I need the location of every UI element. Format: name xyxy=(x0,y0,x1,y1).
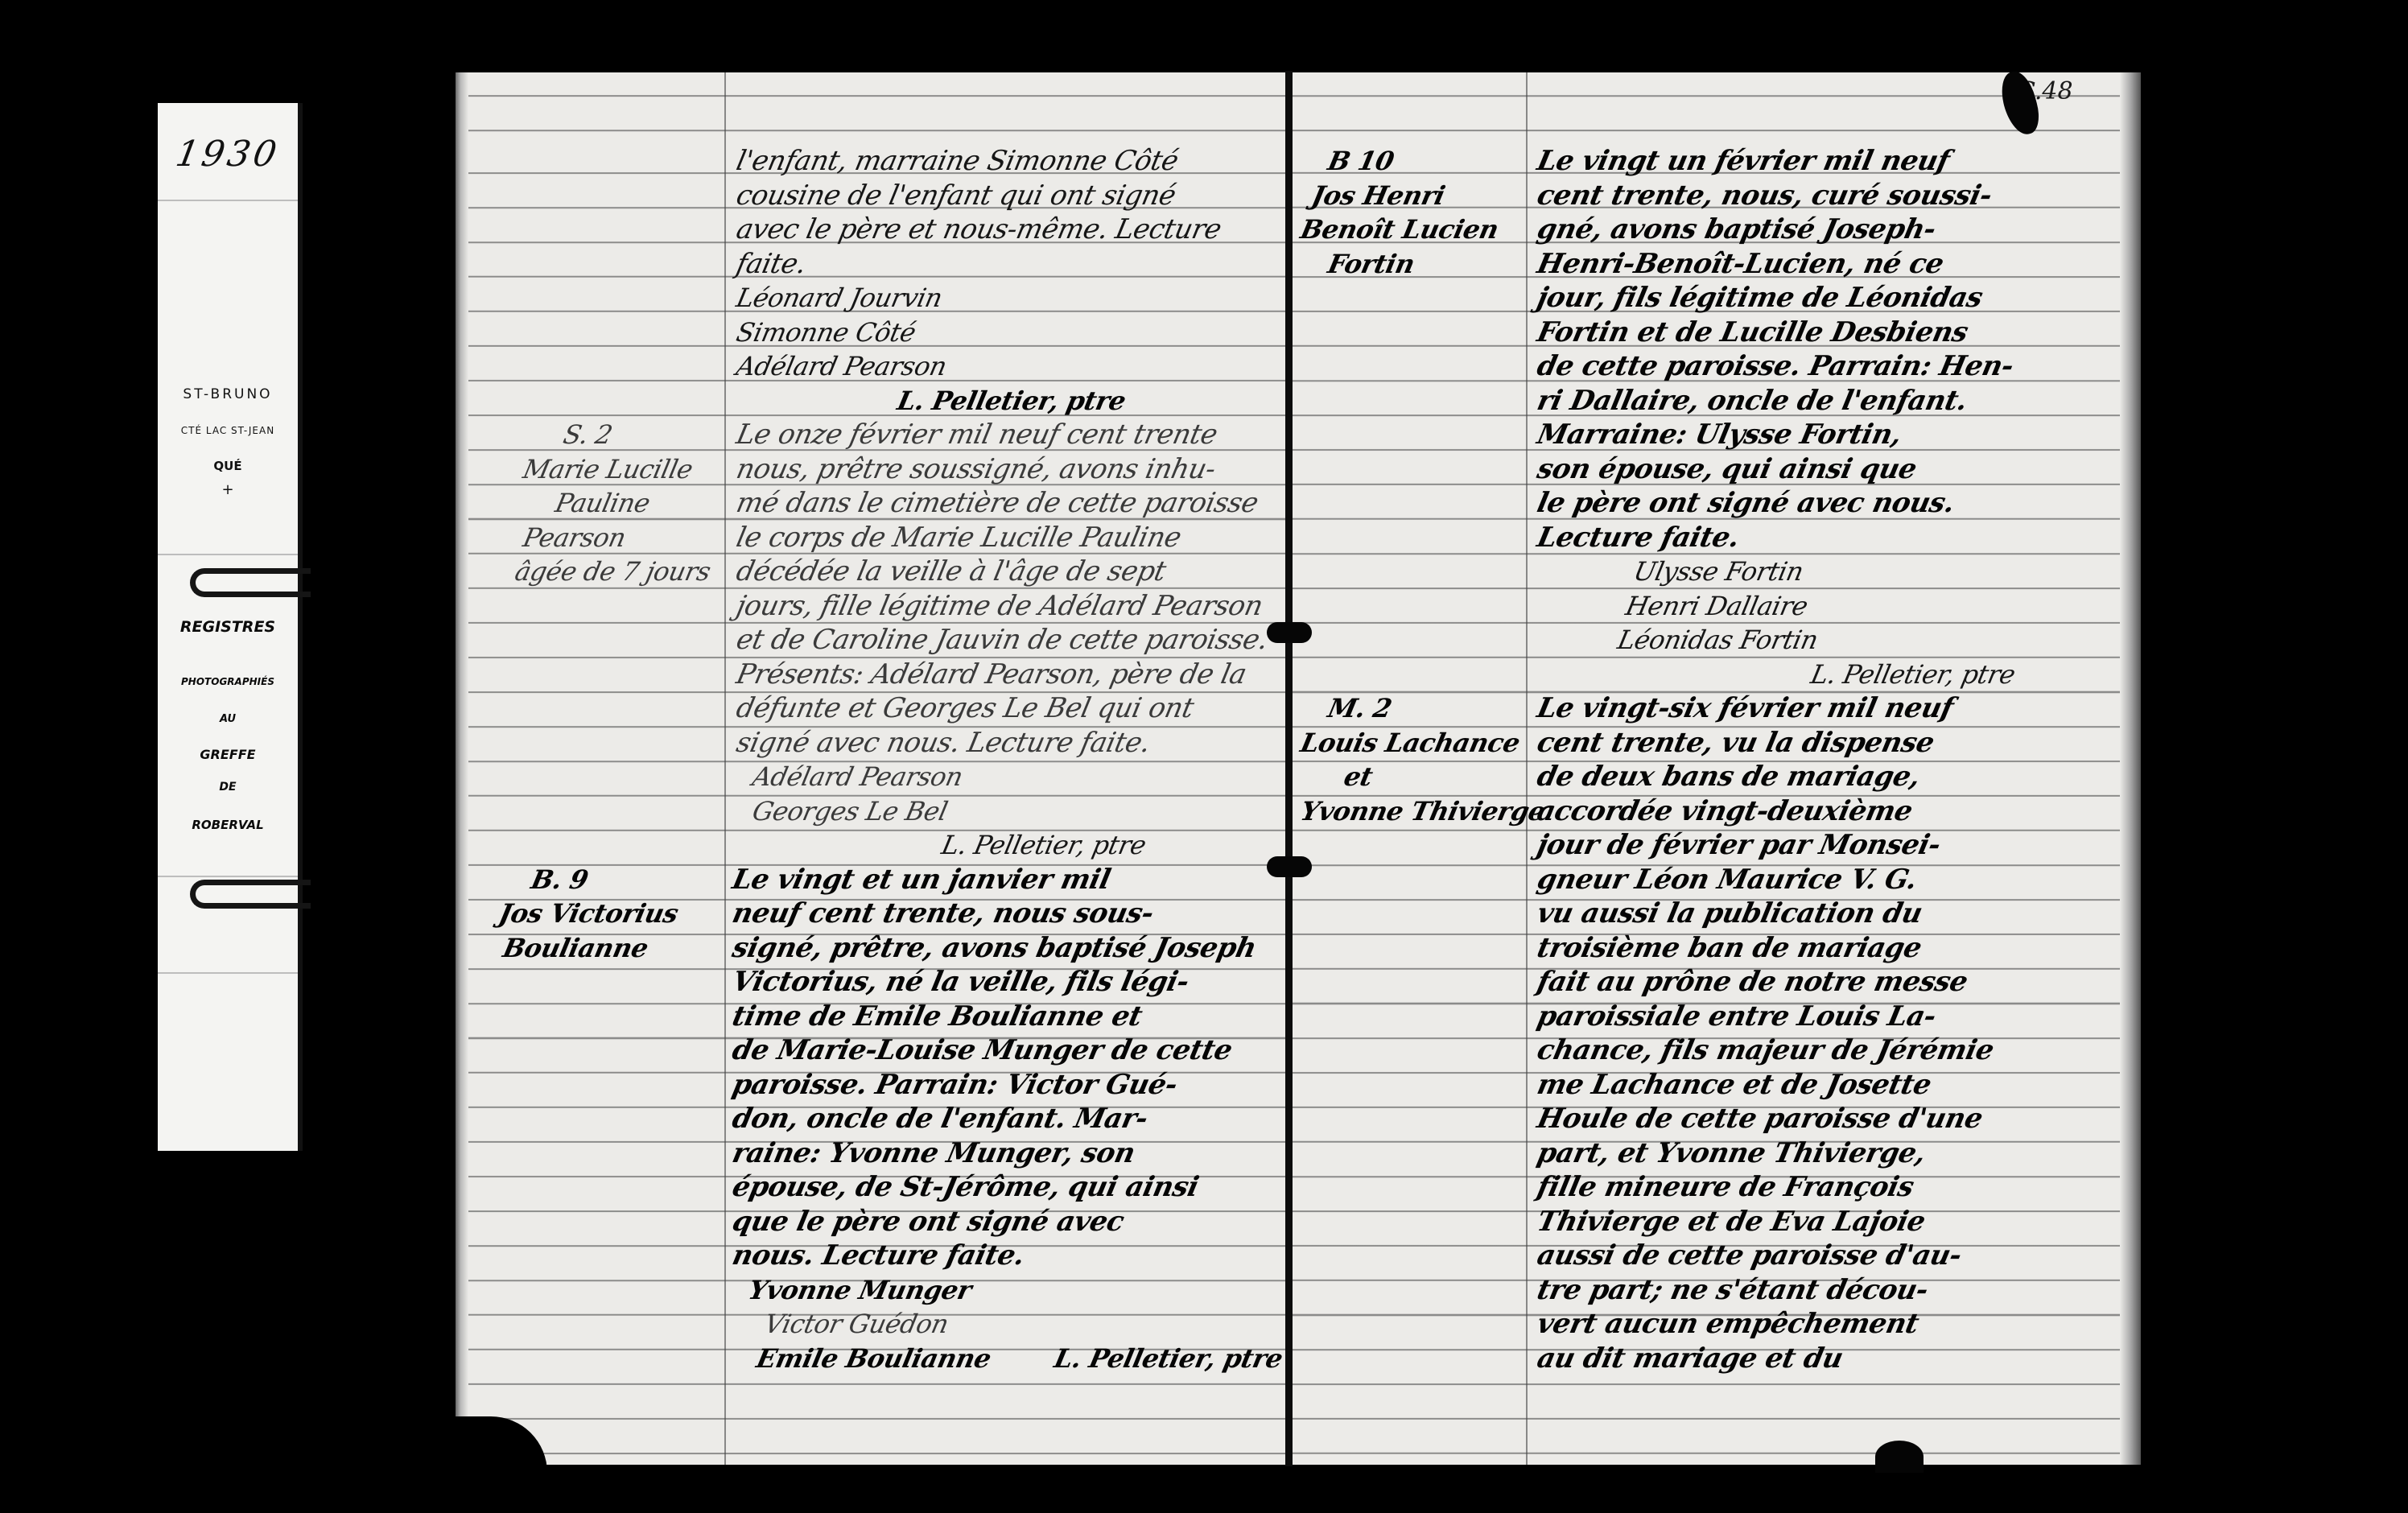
label-title-line: AU xyxy=(158,713,298,725)
record-text-line: Le vingt-six février mil neuf xyxy=(1534,691,1956,726)
record-text-line: décédée la veille à l'âge de sept xyxy=(733,554,1169,589)
record-text-line: Fortin et de Lucille Desbiens xyxy=(1534,315,1971,350)
record-text-line: chance, fils majeur de Jérémie xyxy=(1534,1033,1997,1068)
signature: Victor Guédon xyxy=(761,1307,951,1342)
signature: Simonne Côté xyxy=(733,315,919,350)
record-text-line: gneur Léon Maurice V. G. xyxy=(1534,863,1920,897)
entry-margin-note: S. 2 xyxy=(560,418,616,452)
record-text-line: Le onze février mil neuf cent trente xyxy=(733,418,1220,452)
record-text-line: signé, prêtre, avons baptisé Joseph xyxy=(729,931,1260,966)
signature: Georges Le Bel xyxy=(749,794,950,829)
record-text-line: de cette paroisse. Parrain: Hen- xyxy=(1534,349,2017,384)
record-text-line: Présents: Adélard Pearson, père de la xyxy=(733,658,1249,692)
entry-margin-note: B. 9 xyxy=(528,863,592,897)
priest-signature: L. Pelletier, ptre xyxy=(894,384,1129,418)
register-page-right: C.48 B 10Jos HenriBenoît LucienFortinLe … xyxy=(1293,72,2141,1465)
record-text-line: time de Emile Boulianne et xyxy=(729,1000,1145,1034)
signature: Léonard Jourvin xyxy=(733,281,946,315)
record-text-line: aussi de cette paroisse d'au- xyxy=(1534,1239,1965,1273)
record-text-line: tre part; ne s'étant décou- xyxy=(1534,1273,1931,1308)
record-text-line: fait au prône de notre messe xyxy=(1534,965,1971,1000)
entry-margin-note: M. 2 xyxy=(1325,691,1395,726)
binding-stitch xyxy=(1267,622,1312,643)
label-title-line: PHOTOGRAPHIÉS xyxy=(158,676,298,687)
record-text-line: signé avec nous. Lecture faite. xyxy=(733,726,1153,761)
label-title-line: DE xyxy=(158,781,298,794)
label-divider xyxy=(158,972,298,974)
entry-margin-note: Jos Victorius xyxy=(496,897,682,931)
record-text-line: cent trente, vu la dispense xyxy=(1534,726,1937,761)
label-divider xyxy=(158,200,298,201)
record-text-line: faite. xyxy=(733,247,809,282)
record-text-line: nous. Lecture faite. xyxy=(729,1239,1028,1273)
record-text-line: que le père ont signé avec xyxy=(729,1205,1127,1239)
record-text-line: Marraine: Ulysse Fortin, xyxy=(1534,418,1904,452)
entry-margin-note: Fortin xyxy=(1325,247,1417,282)
record-text-line: Le vingt et un janvier mil xyxy=(729,863,1113,897)
entry-margin-note: Jos Henri xyxy=(1309,179,1448,213)
entry-margin-note: Marie Lucille xyxy=(520,452,695,487)
record-text-line: de deux bans de mariage, xyxy=(1534,760,1923,794)
label-title-line: GREFFE xyxy=(158,747,298,762)
register-page-left: l'enfant, marraine Simonne Côtécousine d… xyxy=(456,72,1288,1465)
entry-margin-note: Benoît Lucien xyxy=(1297,212,1502,247)
record-text-line: troisième ban de mariage xyxy=(1534,931,1924,966)
margin-rule xyxy=(1526,72,1528,1465)
signature: Yvonne Munger xyxy=(745,1273,975,1308)
record-text-line: fille mineure de François xyxy=(1534,1170,1917,1205)
binding-gutter xyxy=(1285,71,1293,1466)
record-text-line: part, et Yvonne Thivierge, xyxy=(1534,1136,1928,1171)
archive-label-strip: 1930 ST-BRUNO CTÉ LAC ST-JEAN QUÉ + REGI… xyxy=(158,103,303,1151)
entry-margin-note: Boulianne xyxy=(500,931,651,966)
record-text-line: le corps de Marie Lucille Pauline xyxy=(733,521,1184,555)
record-text-line: avec le père et nous-même. Lecture xyxy=(733,212,1224,247)
signature: Adélard Pearson xyxy=(749,760,966,794)
margin-rule xyxy=(724,72,726,1465)
entry-margin-note: âgée de 7 jours xyxy=(512,554,714,589)
record-text-line: son épouse, qui ainsi que xyxy=(1534,452,1919,487)
binding-stitch xyxy=(1267,856,1312,877)
record-text-line: épouse, de St-Jérôme, qui ainsi xyxy=(729,1170,1202,1205)
record-text-line: au dit mariage et du xyxy=(1534,1342,1846,1376)
record-text-line: raine: Yvonne Munger, son xyxy=(729,1136,1138,1171)
label-year: 1930 xyxy=(155,134,302,175)
record-text-line: paroissiale entre Louis La- xyxy=(1534,1000,1939,1034)
signature: Ulysse Fortin xyxy=(1631,554,1806,589)
entry-margin-note: Pauline xyxy=(552,486,653,521)
record-text-line: paroisse. Parrain: Victor Gué- xyxy=(729,1068,1181,1103)
record-text-line: nous, prêtre soussigné, avons inhu- xyxy=(733,452,1218,487)
record-text-line: Le vingt un février mil neuf xyxy=(1534,144,1952,179)
record-text-line: et de Caroline Jauvin de cette paroisse. xyxy=(733,623,1271,658)
label-province: QUÉ xyxy=(158,459,298,473)
signature: Léonidas Fortin xyxy=(1614,623,1821,658)
record-text-line: don, oncle de l'enfant. Mar- xyxy=(729,1102,1151,1136)
record-text-line: mé dans le cimetière de cette paroisse xyxy=(733,486,1261,521)
label-divider xyxy=(158,554,298,555)
paper-clip-icon xyxy=(190,568,311,597)
record-text-line: Victorius, né la veille, fils légi- xyxy=(729,965,1192,1000)
record-text-line: accordée vingt-deuxième xyxy=(1534,794,1915,829)
signature: Henri Dallaire xyxy=(1623,589,1811,624)
record-text-line: cent trente, nous, curé soussi- xyxy=(1534,179,1995,213)
record-text-line: Henri-Benoît-Lucien, né ce xyxy=(1534,247,1947,282)
entry-margin-note: Yvonne Thivierge xyxy=(1297,794,1548,829)
paper-clip-icon xyxy=(190,880,311,909)
record-text-line: défunte et Georges Le Bel qui ont xyxy=(733,691,1197,726)
record-text-line: cousine de l'enfant qui ont signé xyxy=(733,179,1179,213)
record-text-line: Thivierge et de Eva Lajoie xyxy=(1534,1205,1928,1239)
label-title-line: ROBERVAL xyxy=(158,818,298,832)
record-text-line: l'enfant, marraine Simonne Côté xyxy=(733,144,1181,179)
record-text-line: gné, avons baptisé Joseph- xyxy=(1534,212,1939,247)
priest-signature: L. Pelletier, ptre xyxy=(1051,1342,1286,1376)
entry-margin-note: B 10 xyxy=(1325,144,1397,179)
record-text-line: vert aucun empêchement xyxy=(1534,1307,1922,1342)
entry-margin-note: Pearson xyxy=(520,521,629,555)
record-text-line: neuf cent trente, nous sous- xyxy=(729,897,1157,931)
label-county: CTÉ LAC ST-JEAN xyxy=(158,425,298,436)
entry-margin-note: et xyxy=(1341,760,1375,794)
record-text-line: de Marie-Louise Munger de cette xyxy=(729,1033,1235,1068)
record-text-line: le père ont signé avec nous. xyxy=(1534,486,1957,521)
record-text-line: jours, fille légitime de Adélard Pearson xyxy=(733,589,1266,624)
record-text-line: Houle de cette paroisse d'une xyxy=(1534,1102,1985,1136)
record-text-line: jour, fils légitime de Léonidas xyxy=(1534,281,1985,315)
entry-margin-note: Louis Lachance xyxy=(1297,726,1523,761)
label-title-line: REGISTRES xyxy=(158,618,298,636)
signature: Adélard Pearson xyxy=(733,349,950,384)
label-divider xyxy=(158,876,298,877)
label-parish: ST-BRUNO xyxy=(158,386,298,402)
signature: Emile Boulianne xyxy=(753,1342,994,1376)
record-text-line: Lecture faite. xyxy=(1534,521,1742,555)
record-text-line: ri Dallaire, oncle de l'enfant. xyxy=(1534,384,1970,418)
record-text-line: jour de février par Monsei- xyxy=(1534,828,1944,863)
priest-signature: L. Pelletier, ptre xyxy=(938,828,1149,863)
record-text-line: vu aussi la publication du xyxy=(1534,897,1925,931)
cross-icon: + xyxy=(158,481,298,498)
ink-blot xyxy=(1875,1441,1924,1473)
record-text-line: me Lachance et de Josette xyxy=(1534,1068,1934,1103)
priest-signature: L. Pelletier, ptre xyxy=(1808,658,2018,692)
